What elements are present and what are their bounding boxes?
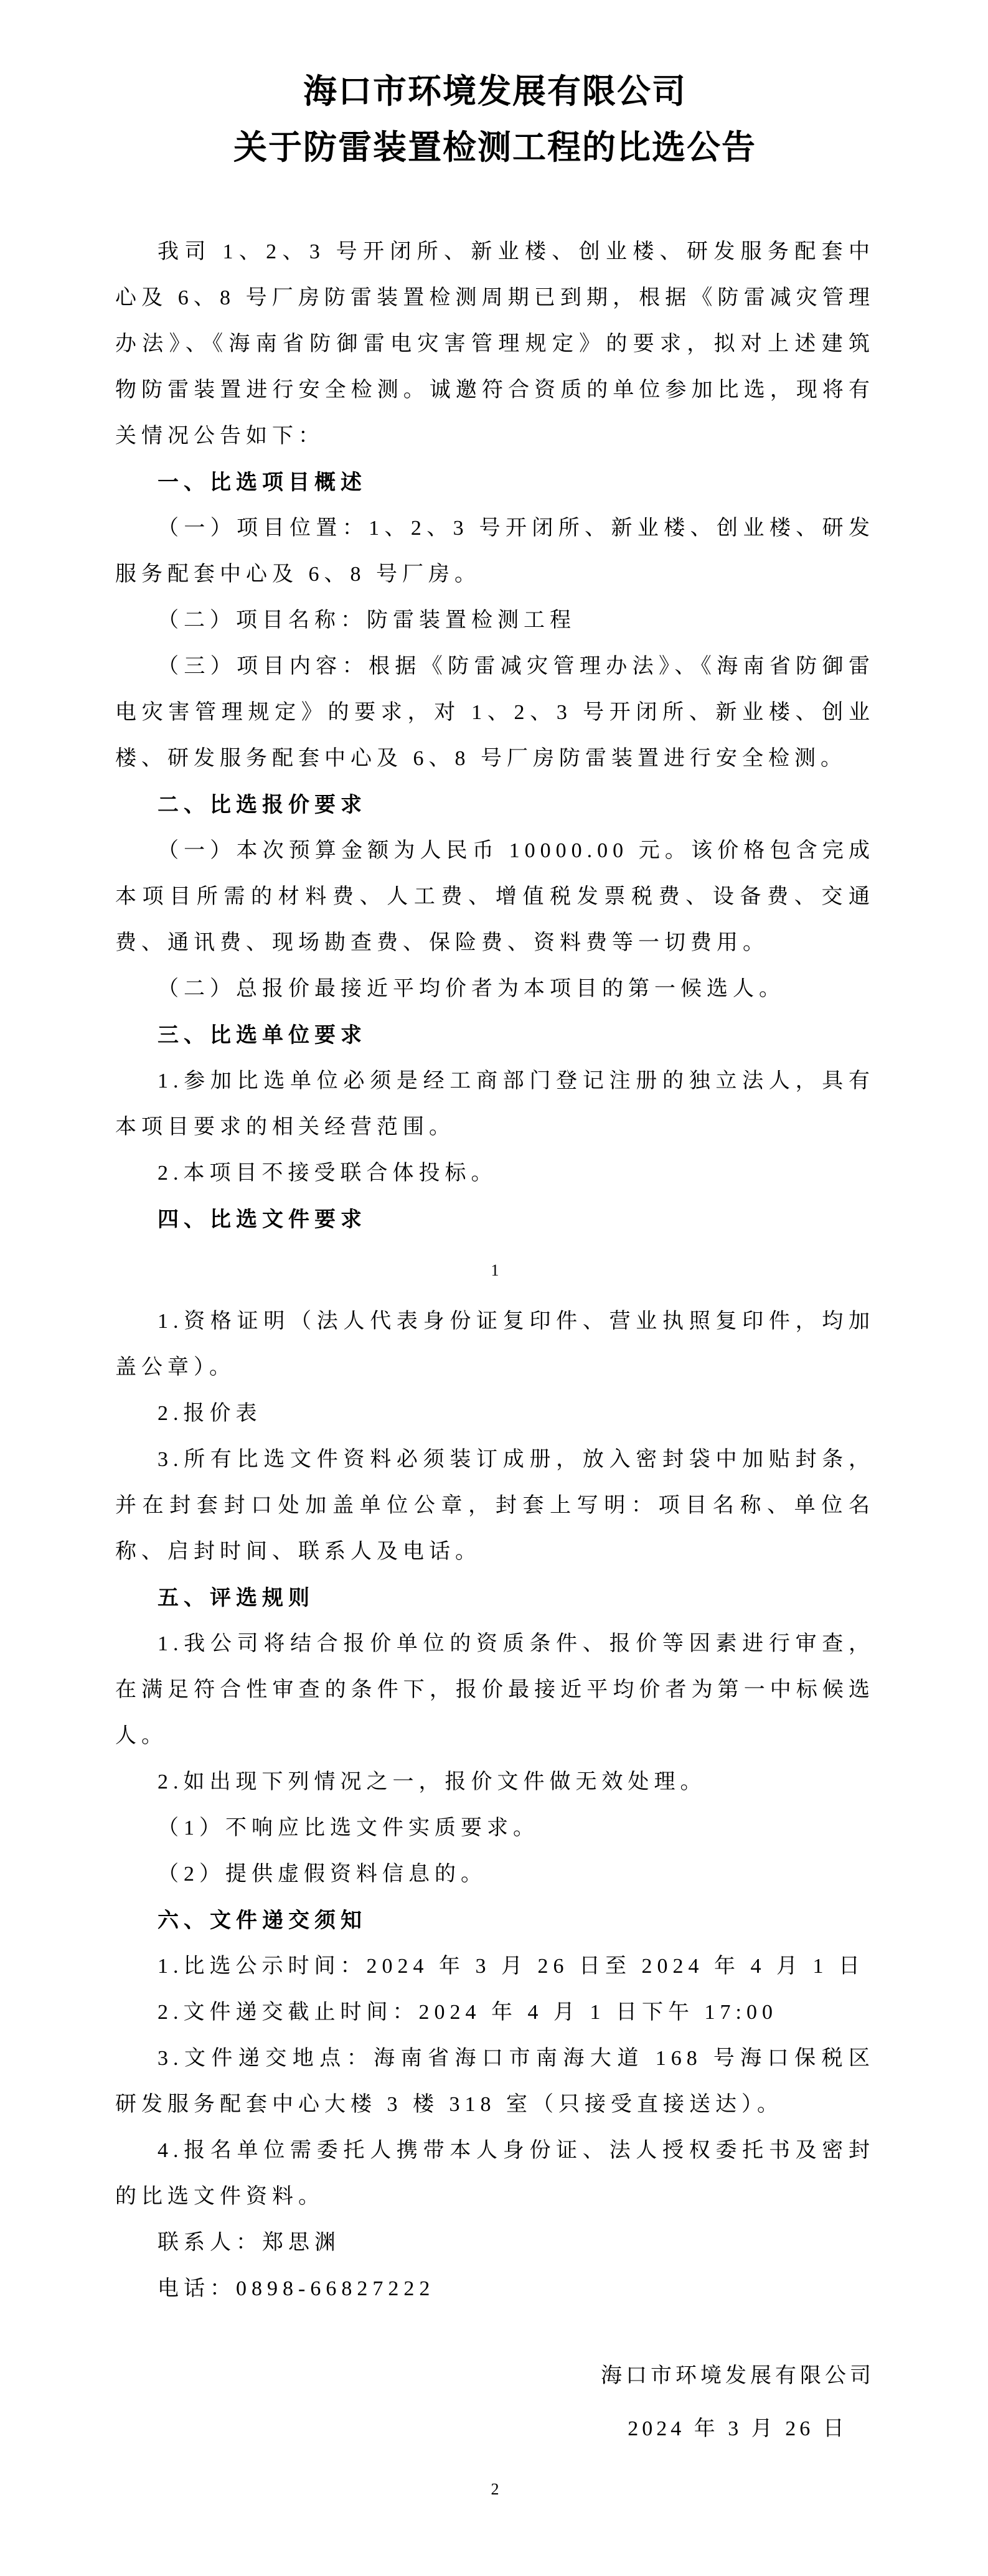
section-4-item-2: 2.报价表 <box>115 1391 875 1437</box>
contact-person: 联系人：郑思渊 <box>115 2220 875 2266</box>
section-2-heading: 二、比选报价要求 <box>115 782 875 828</box>
section-4-item-1: 1.资格证明（法人代表身份证复印件、营业执照复印件，均加盖公章）。 <box>115 1299 875 1391</box>
section-5-item-3: （1）不响应比选文件实质要求。 <box>115 1805 875 1851</box>
section-6-item-2: 2.文件递交截止时间：2024 年 4 月 1 日下午 17:00 <box>115 1990 875 2036</box>
signature-inner: 海口市环境发展有限公司 2024 年 3 月 26 日 <box>601 2349 875 2455</box>
section-5-item-1: 1.我公司将结合报价单位的资质条件、报价等因素进行审查，在满足符合性审查的条件下… <box>115 1621 875 1759</box>
section-1-heading: 一、比选项目概述 <box>115 459 875 505</box>
section-6-item-3: 3.文件递交地点：海南省海口市南海大道 168 号海口保税区研发服务配套中心大楼… <box>115 2036 875 2128</box>
document-title-line1: 海口市环境发展有限公司 <box>115 63 875 120</box>
signature-company: 海口市环境发展有限公司 <box>601 2349 875 2402</box>
section-4-item-3: 3.所有比选文件资料必须装订成册，放入密封袋中加贴封条，并在封套封口处加盖单位公… <box>115 1437 875 1575</box>
document-title-line2: 关于防雷装置检测工程的比选公告 <box>115 120 875 176</box>
signature-block: 海口市环境发展有限公司 2024 年 3 月 26 日 <box>115 2349 875 2455</box>
intro-paragraph: 我司 1、2、3 号开闭所、新业楼、创业楼、研发服务配套中心及 6、8 号厂房防… <box>115 229 875 459</box>
page-1-number: 1 <box>115 1243 875 1299</box>
section-2-item-2: （二）总报价最接近平均价者为本项目的第一候选人。 <box>115 966 875 1012</box>
section-3-heading: 三、比选单位要求 <box>115 1012 875 1058</box>
section-3-item-2: 2.本项目不接受联合体投标。 <box>115 1150 875 1196</box>
signature-date: 2024 年 3 月 26 日 <box>601 2402 875 2455</box>
section-4-heading: 四、比选文件要求 <box>115 1196 875 1243</box>
document-body: 我司 1、2、3 号开闭所、新业楼、创业楼、研发服务配套中心及 6、8 号厂房防… <box>115 229 875 2312</box>
page-2-number: 2 <box>115 2471 875 2508</box>
section-2-item-1: （一）本次预算金额为人民币 10000.00 元。该价格包含完成本项目所需的材料… <box>115 828 875 966</box>
section-1-item-1: （一）项目位置：1、2、3 号开闭所、新业楼、创业楼、研发服务配套中心及 6、8… <box>115 505 875 598</box>
section-6-item-4: 4.报名单位需委托人携带本人身份证、法人授权委托书及密封的比选文件资料。 <box>115 2128 875 2220</box>
section-5-item-2: 2.如出现下列情况之一，报价文件做无效处理。 <box>115 1759 875 1805</box>
section-5-item-4: （2）提供虚假资料信息的。 <box>115 1851 875 1897</box>
section-6-heading: 六、文件递交须知 <box>115 1897 875 1944</box>
section-6-item-1: 1.比选公示时间：2024 年 3 月 26 日至 2024 年 4 月 1 日 <box>115 1944 875 1990</box>
section-5-heading: 五、评选规则 <box>115 1575 875 1621</box>
section-1-item-3: （三）项目内容：根据《防雷减灾管理办法》、《海南省防御雷电灾害管理规定》的要求，… <box>115 644 875 782</box>
contact-phone: 电话：0898-66827222 <box>115 2266 875 2312</box>
section-3-item-1: 1.参加比选单位必须是经工商部门登记注册的独立法人，具有本项目要求的相关经营范围… <box>115 1058 875 1150</box>
section-1-item-2: （二）项目名称：防雷装置检测工程 <box>115 598 875 644</box>
document-page: 海口市环境发展有限公司 关于防雷装置检测工程的比选公告 我司 1、2、3 号开闭… <box>0 0 988 2576</box>
